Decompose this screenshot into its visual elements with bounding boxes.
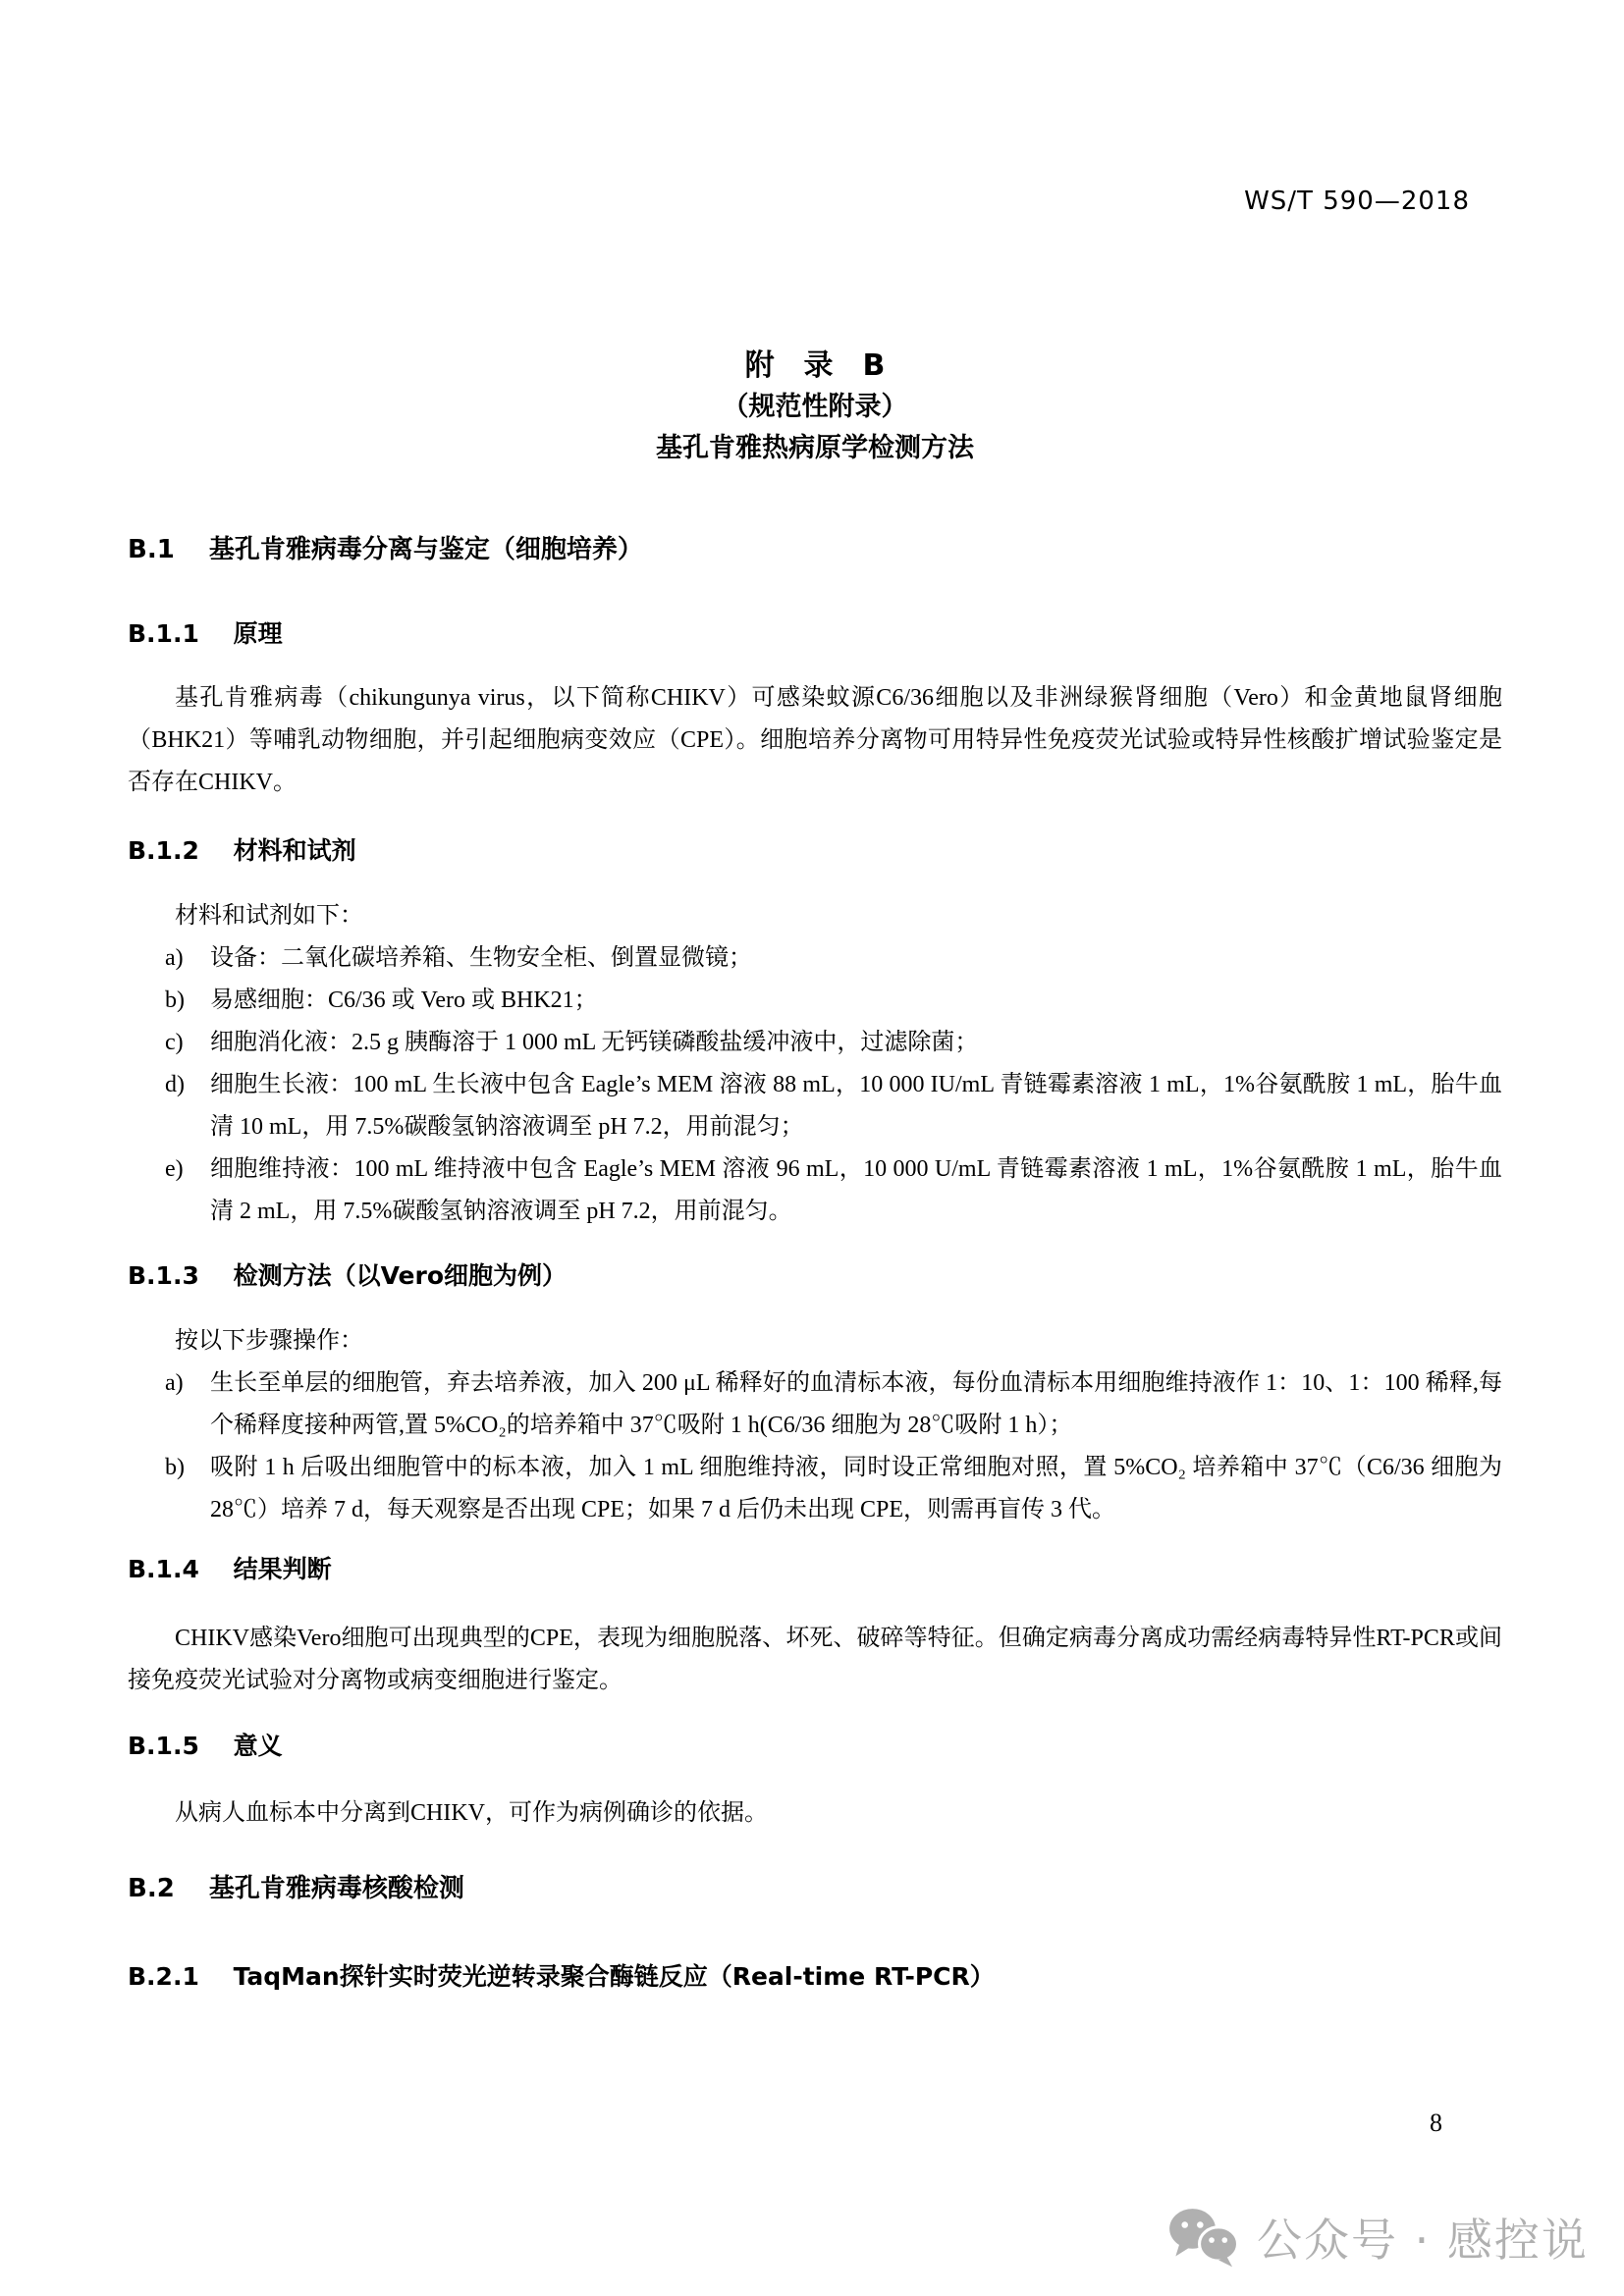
section-heading-b14: B.1.4 结果判断 [128,1552,1502,1587]
item-label: e) [165,1148,210,1233]
annex-name: 基孔肯雅热病原学检测方法 [128,428,1502,469]
heading-title: 意义 [234,1729,283,1764]
list-item: d) 细胞生长液：100 mL 生长液中包含 Eagle’s MEM 溶液 88… [128,1064,1502,1148]
item-text: 设备：二氧化碳培养箱、生物安全柜、倒置显微镜； [210,937,1502,980]
item-text: 细胞消化液：2.5 g 胰酶溶于 1 000 mL 无钙镁磷酸盐缓冲液中，过滤除… [210,1022,1502,1064]
list-intro-b12: 材料和试剂如下： [128,895,1502,937]
item-label: b) [165,980,210,1022]
item-text: 细胞生长液：100 mL 生长液中包含 Eagle’s MEM 溶液 88 mL… [210,1064,1502,1148]
list-item: c) 细胞消化液：2.5 g 胰酶溶于 1 000 mL 无钙镁磷酸盐缓冲液中，… [128,1022,1502,1064]
document-body: 附 录 B （规范性附录） 基孔肯雅热病原学检测方法 B.1 基孔肯雅病毒分离与… [128,0,1502,1995]
heading-title: 原理 [234,616,283,652]
paragraph-b14: CHIKV感染Vero细胞可出现典型的CPE，表现为细胞脱落、坏死、破碎等特征。… [128,1618,1502,1702]
heading-title: 结果判断 [234,1552,332,1587]
heading-title: TaqMan探针实时荧光逆转录聚合酶链反应（Real-time RT-PCR） [234,1959,995,1995]
heading-number: B.1.1 [128,616,199,652]
list-item: b) 吸附 1 h 后吸出细胞管中的标本液，加入 1 mL 细胞维持液，同时设正… [128,1447,1502,1531]
annex-title: 附 录 B [128,346,1502,387]
item-label: b) [165,1447,210,1531]
heading-number: B.1.2 [128,833,199,869]
materials-list: a) 设备：二氧化碳培养箱、生物安全柜、倒置显微镜； b) 易感细胞：C6/36… [128,937,1502,1233]
paragraph-b15: 从病人血标本中分离到CHIKV，可作为病例确诊的依据。 [128,1792,1502,1835]
item-text: 易感细胞：C6/36 或 Vero 或 BHK21； [210,980,1502,1022]
section-heading-b2: B.2 基孔肯雅病毒核酸检测 [128,1871,1502,1906]
section-heading-b13: B.1.3 检测方法（以Vero细胞为例） [128,1258,1502,1294]
wechat-icon [1166,2206,1243,2269]
list-item: e) 细胞维持液：100 mL 维持液中包含 Eagle’s MEM 溶液 96… [128,1148,1502,1233]
paragraph-b11: 基孔肯雅病毒（chikungunya virus，以下简称CHIKV）可感染蚊源… [128,677,1502,804]
heading-title: 基孔肯雅病毒核酸检测 [209,1871,464,1906]
item-text: 细胞维持液：100 mL 维持液中包含 Eagle’s MEM 溶液 96 mL… [210,1148,1502,1233]
heading-number: B.1.3 [128,1258,199,1294]
section-heading-b1: B.1 基孔肯雅病毒分离与鉴定（细胞培养） [128,532,1502,567]
heading-number: B.1 [128,532,175,567]
heading-number: B.1.5 [128,1729,199,1764]
heading-number: B.1.4 [128,1552,199,1587]
annex-title-block: 附 录 B （规范性附录） 基孔肯雅热病原学检测方法 [128,346,1502,469]
section-heading-b12: B.1.2 材料和试剂 [128,833,1502,869]
item-label: a) [165,1362,210,1447]
section-heading-b11: B.1.1 原理 [128,616,1502,652]
list-intro-b13: 按以下步骤操作： [128,1320,1502,1362]
item-text: 生长至单层的细胞管，弃去培养液，加入 200 μL 稀释好的血清标本液，每份血清… [210,1362,1502,1447]
heading-number: B.2.1 [128,1959,199,1995]
procedure-list: a) 生长至单层的细胞管，弃去培养液，加入 200 μL 稀释好的血清标本液，每… [128,1362,1502,1531]
item-label: c) [165,1022,210,1064]
list-item: b) 易感细胞：C6/36 或 Vero 或 BHK21； [128,980,1502,1022]
watermark-text: 公众号 · 感控说 [1257,2205,1589,2269]
annex-subtitle: （规范性附录） [128,387,1502,428]
heading-title: 材料和试剂 [234,833,356,869]
page-number: 8 [1430,2109,1442,2138]
section-heading-b21: B.2.1 TaqMan探针实时荧光逆转录聚合酶链反应（Real-time RT… [128,1959,1502,1995]
watermark: 公众号 · 感控说 [1166,2205,1589,2269]
section-heading-b15: B.1.5 意义 [128,1729,1502,1764]
heading-number: B.2 [128,1871,175,1906]
heading-title: 检测方法（以Vero细胞为例） [234,1258,567,1294]
item-text: 吸附 1 h 后吸出细胞管中的标本液，加入 1 mL 细胞维持液，同时设正常细胞… [210,1447,1502,1531]
list-item: a) 设备：二氧化碳培养箱、生物安全柜、倒置显微镜； [128,937,1502,980]
list-item: a) 生长至单层的细胞管，弃去培养液，加入 200 μL 稀释好的血清标本液，每… [128,1362,1502,1447]
item-label: d) [165,1064,210,1148]
heading-title: 基孔肯雅病毒分离与鉴定（细胞培养） [209,532,643,567]
item-label: a) [165,937,210,980]
